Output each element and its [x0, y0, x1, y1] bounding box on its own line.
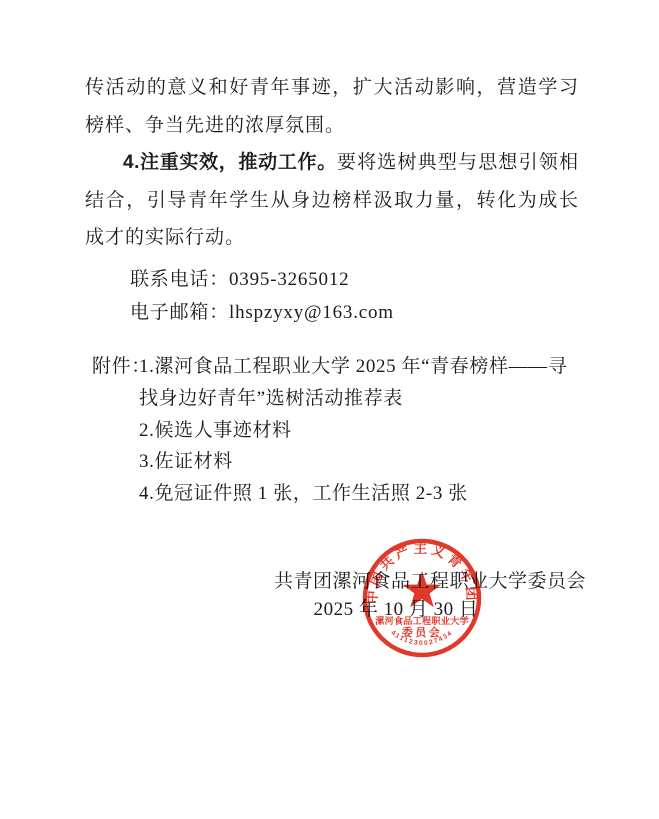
- body-text: 传活动的意义和好青年事迹，扩大活动影响，营造学习榜样、争当先进的浓厚氛围。 4.…: [85, 69, 579, 257]
- contact-phone-line: 联系电话：0395-3265012: [130, 264, 394, 297]
- paragraph-item-4: 4.注重实效，推动工作。要将选树典型与思想引领相结合，引导青年学生从身边榜样汲取…: [85, 144, 579, 257]
- attachment-item-2: 2.候选人事迹材料: [139, 415, 582, 447]
- seal-committee-label: 委员会: [402, 625, 443, 639]
- seal-code: 4111230027434: [390, 629, 455, 647]
- signature-date: 2025 年 10 月 30 日: [283, 594, 509, 626]
- attachment-item-4: 4.免冠证件照 1 张，工作生活照 2-3 张: [139, 478, 582, 510]
- contact-block: 联系电话：0395-3265012 电子邮箱：lhspzyxy@163.com: [130, 264, 394, 329]
- contact-email-line: 电子邮箱：lhspzyxy@163.com: [130, 297, 394, 330]
- attachment-item-1-line-2: 找身边好青年”选树活动推荐表: [139, 383, 582, 415]
- attachment-item-3: 3.佐证材料: [139, 446, 582, 478]
- attachment-block: 附件： 1.漯河食品工程职业大学 2025 年“青春榜样——寻 找身边好青年”选…: [92, 351, 582, 510]
- paragraph-continuation-text: 传活动的意义和好青年事迹，扩大活动影响，营造学习榜样、争当先进的浓厚氛围。: [85, 77, 579, 136]
- paragraph-item-4-heading: 4.注重实效，推动工作。: [123, 152, 337, 173]
- attachment-items: 1.漯河食品工程职业大学 2025 年“青春榜样——寻 找身边好青年”选树活动推…: [139, 351, 582, 510]
- attachment-label: 附件：: [92, 351, 139, 383]
- paragraph-continuation: 传活动的意义和好青年事迹，扩大活动影响，营造学习榜样、争当先进的浓厚氛围。: [85, 69, 579, 144]
- attachment-item-1-line-1: 1.漯河食品工程职业大学 2025 年“青春榜样——寻: [139, 351, 582, 383]
- document-page: 传活动的意义和好青年事迹，扩大活动影响，营造学习榜样、争当先进的浓厚氛围。 4.…: [0, 0, 659, 819]
- svg-text:4111230027434: 4111230027434: [390, 629, 455, 647]
